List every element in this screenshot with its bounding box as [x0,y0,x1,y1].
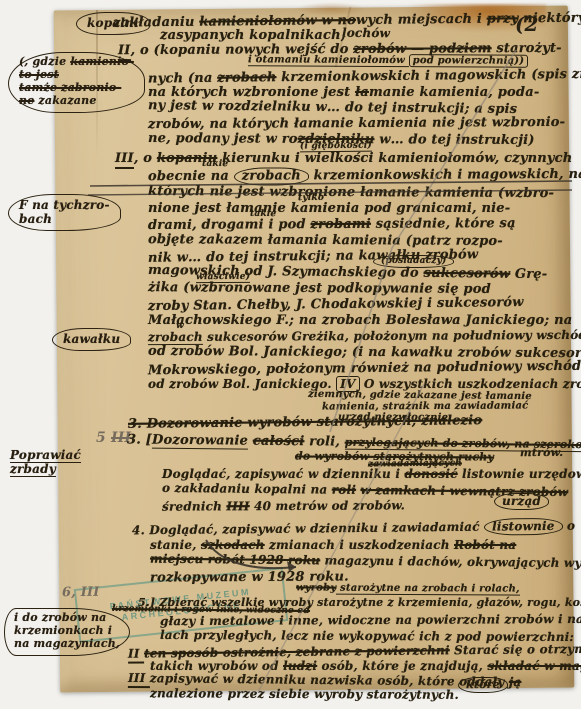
manuscript-line: zrobach sukcesorów Greżika, położonym na… [148,329,581,343]
text-run: Starać się o otrzymywanie [450,641,581,657]
manuscript-line: Mokrowskiego, położonym również na połud… [148,360,581,378]
margin-note: i do zrobów nakrzemionkach ina magazynia… [4,608,130,656]
text-run: , o [134,151,157,166]
struck-text: zrobach [217,70,276,86]
manuscript-line: Doglądać, zapisywać w dzienniku i donosi… [162,468,581,480]
struck-text: przy [487,11,519,26]
struck-text: IIII [226,499,249,513]
struck-text: roli [332,483,356,497]
pencil-text: 5 [96,430,111,446]
text-run: ne, podany jest w ro [148,131,298,147]
margin-note-row: F na tychzro- [19,198,110,212]
struck-text: Robót na [454,538,516,552]
margin-note-row: kawałku [63,332,120,346]
text-run: krzemionkowskich i magowskich, na [309,167,581,183]
text-run: osób, które je znajdują, [317,659,487,673]
manuscript-line: znalezione przez siebie wyroby starożytn… [150,687,459,701]
text-run: średnich [162,499,226,513]
manuscript-line: od zrobów Bol. Janickiego; (i na kawałku… [148,345,581,360]
struck-text: donosić [405,467,458,481]
boxed-word: pod powierzchnią)) [409,54,529,68]
text-run: zroby Stan. Chełby, J. Chodakowskiej i s… [148,295,524,314]
margin-note-row: Poprawiać [10,448,81,462]
text-run: zrobów, na których łamanie kamienia nie … [148,115,565,132]
manuscript-line: obecnie na zrobach krzemionkowskich i ma… [148,168,581,183]
text-run: magazynu i dachów, okrywających wyroby, [320,553,581,570]
manuscript-line: takie [202,160,228,169]
text-run: starożytne na zrobach i rolach, [336,583,519,596]
manuscript-text-layer: zakładaniu kamieniołomów w nowych miejsc… [0,0,581,709]
text-run: na magazyniach, [14,637,120,650]
margin-note: kawałku [52,328,131,351]
struck-text: tamże zabronio- [19,81,121,94]
struck-text: składać w magazynie [487,659,581,673]
manuscript-line: od zrobów Bol. Janickiego. IV O wszystki… [148,378,581,390]
manuscript-line: miejscu robót 1928 roku magazynu i dachó… [150,553,581,570]
text-run: takie [202,159,228,169]
text-run: Doglądać, zapisywać w dzienniku i [162,467,405,481]
manuscript-line: urząd [494,495,549,507]
margin-note-row: bach [19,212,110,226]
manuscript-line: 4. Doglądać, zapisywać w dzienniku i zaw… [132,520,575,537]
text-run: listownie urzędowi [458,467,581,481]
struck-text: to jest [19,68,59,81]
manuscript-line: zrobów, na których łamanie kamienia nie … [148,116,565,131]
text-run: niektórych [518,10,581,26]
text-run: Grę- [510,267,547,282]
text-run: roli, [304,434,345,449]
circled-word: listownie [484,518,563,536]
manuscript-line: których nie jest wzbronione łamanie kami… [148,185,554,200]
text-run: zasypanych kopalnikach, [160,28,346,43]
text-run: (, gdzie [19,55,70,68]
scanned-manuscript-page: { "page": { "number_label": "(2" }, "sta… [0,0,581,709]
manuscript-line: 6, III [62,586,100,599]
text-run: manie kamienia, poda- [369,85,540,100]
manuscript-line: Małachowskiego F.; na zrobach Bolesława … [148,314,572,327]
text-run: ny jest w rozdzielniku w… do tej instruk… [148,98,517,117]
struck-text: szkodach [201,538,265,552]
pencil-text: III [81,585,100,600]
margin-note: F na tychzro-bach [8,194,121,231]
struck-text: ten sposób ostrożnie, zebrane z powierzc… [144,643,450,660]
margin-note-row: ne zakazane [19,95,134,108]
text-run: w… do tej instrukcji) [374,132,534,148]
struck-text: miejscu robót 1928 roku [150,552,320,568]
text-run: krzemionkach i [14,624,112,637]
text-run: kopalni [87,16,139,30]
text-run: stanie, [150,538,201,552]
text-run: sąsiednie, które są [371,216,516,232]
margin-note: Poprawiaćzrbady [10,448,81,476]
text-run: 3. [ [127,432,152,447]
text-run: lochów [342,26,390,41]
text-run: nione jest łamanie kamienia pod granicam… [148,201,510,216]
text-run: F na tychzro- [19,198,110,212]
manuscript-line: mtrów. [520,447,563,458]
text-run: 40 metrów od zrobów. [250,498,405,513]
text-run: i do zrobów na [14,611,107,624]
margin-note: (, gdzie kamienio-to jesttamże zabronio-… [8,52,145,113]
text-run: sukcesorów Greżika, położonym na południ… [203,328,581,344]
margin-note-row: kopalni [87,16,139,30]
manuscript-line: nione jest łamanie kamienia pod granicam… [148,202,510,215]
text-run: objęte zakazem łamania kamienia (patrz r… [148,232,503,249]
circled-word: które [458,677,508,693]
text-run: zrobach [148,330,203,345]
text-run: bach [19,212,52,226]
struck-text: sukcesorów [423,266,510,282]
manuscript-line: żika (wzbronowane jest podkopywanie się … [148,281,491,296]
text-run: 4. Doglądać, zapisywać w dzienniku i zaw… [132,520,484,538]
manuscript-line: (i głębokości) [300,142,372,152]
text-run: znalezione przez siebie wyroby starożytn… [150,686,459,702]
manuscript-line: lach przyległych, lecz nie wykopywać ich… [160,629,574,643]
text-run: krzemionkowskich i magowskich (spis zrob… [276,67,581,86]
margin-note-row: zrbady [10,462,81,476]
text-run: i otamaniu kamieniołomów [248,54,409,67]
struck-text: 3. Dozorowanie wyrobów starożytnych, zna… [128,413,482,432]
text-run: o zakładaniu kopalni na [162,481,332,497]
text-run: zrbady [10,462,56,477]
text-run: głazy i metalowe i inne, widoczne na pow… [160,612,581,628]
manuscript-line: takich wyrobów od ludzi osób, które je z… [150,660,581,672]
manuscript-line: II ten sposób ostrożnie, zebrane z powie… [128,642,581,659]
text-run: zakazane [34,94,96,107]
manuscript-line: objęte zakazem łamania kamienia (patrz r… [148,233,503,248]
text-run: drami, drogami i pod [148,217,311,233]
text-run: kawałku [63,332,120,346]
struck-text: wyroby [296,582,336,593]
text-run: żika (wzbronowane jest podkopywanie się … [148,280,491,297]
manuscript-line: i otamaniu kamieniołomów pod powierzchni… [248,55,528,66]
margin-note-row: na magazyniach, [14,638,120,651]
manuscript-line: drami, drogami i pod zrobami sąsiednie, … [148,217,516,232]
text-run: Mokrowskiego, położonym również na połud… [148,359,581,379]
text-run: o [563,519,576,533]
text-run: zmianach i uszkodzeniach [265,538,454,552]
struck-text: ne [19,94,34,107]
manuscript-line: lochów [342,27,390,40]
manuscript-line: ny jest w rozdzielniku w… do tej instruk… [148,99,517,116]
struck-text: ją [509,675,522,689]
struck-text: ła [355,85,369,100]
manuscript-line: zroby Stan. Chełby, J. Chodakowskiej i s… [148,296,524,313]
circled-word: zrobach [234,167,309,185]
text-run: obecnie na [148,169,234,184]
text-run: III [128,671,150,688]
manuscript-line: średnich IIII 40 metrów od zrobów. [162,499,405,512]
text-run: (wzbro- [498,186,554,201]
text-run: Małachowskiego F.; na zrobach Bolesława … [148,313,572,328]
struck-text: kamienio- [70,55,133,68]
text-run: kierunku i wielkości kamieniołomów, czyn… [217,151,572,166]
text-run: II [128,646,144,663]
manuscript-line: które [458,679,508,690]
manuscript-line: wyroby starożytne na zrobach i rolach, [296,583,520,594]
manuscript-line: stanie, szkodach zmianach i uszkodzeniac… [150,539,516,551]
manuscript-line: 3. Dozorowanie wyrobów starożytnych, zna… [128,414,482,431]
manuscript-line: głazy i metalowe i inne, widoczne na pow… [160,613,581,627]
struck-text: ludzi [283,659,317,673]
struck-text: zrobami [310,217,371,232]
text-run: Poprawiać [10,448,81,463]
manuscript-line: na których wzbronione jest łamanie kamie… [148,86,539,99]
text-run: Dozorowanie [152,433,248,450]
pencil-text: 6, [62,585,81,600]
manuscript-line: zasypanych kopalnikach, [160,29,346,42]
manuscript-line: III, o kopaniu kierunku i wielkości kami… [115,152,572,165]
margin-note: kopalni [76,12,150,35]
text-run: mtrów. [520,446,563,459]
text-run: magowskich od J. Szymachskiego do [148,263,424,281]
circled-word: urząd [494,493,549,510]
text-run: III [115,151,134,169]
struck-text: całości [253,434,305,450]
text-run: kamienia, strażnik ma zawiadamiać [322,400,528,412]
manuscript-line: nych (na zrobach krzemionkowskich i mago… [148,68,581,86]
